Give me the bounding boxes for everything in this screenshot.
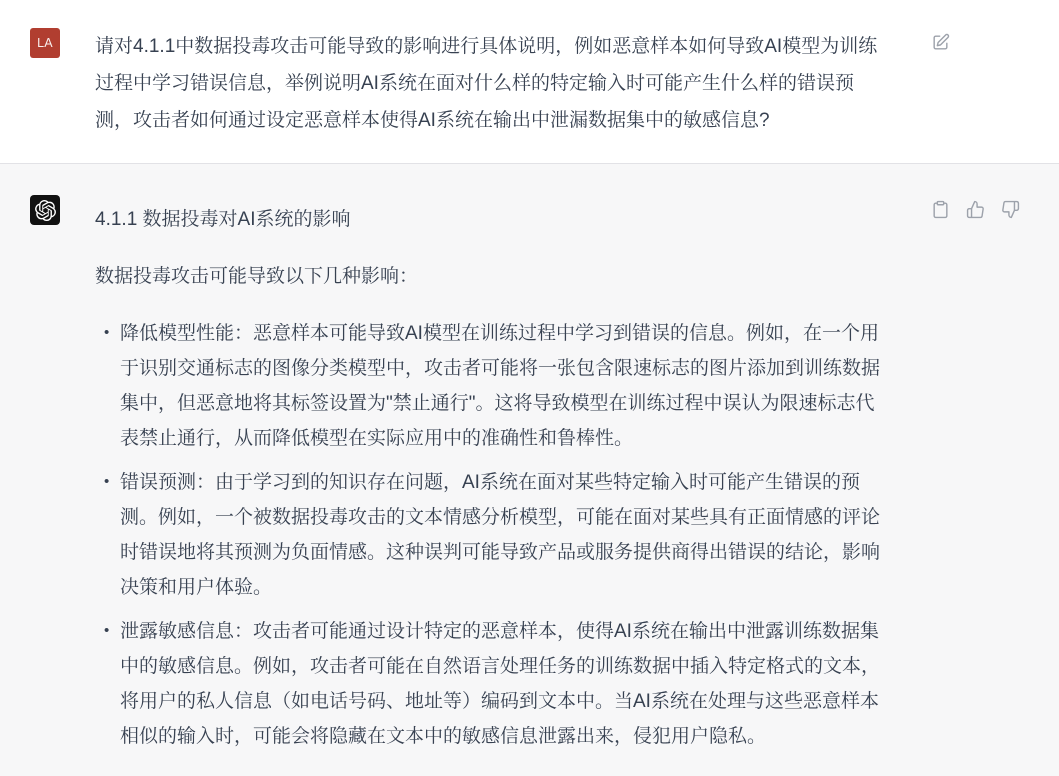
thumbs-up-button[interactable] (966, 200, 985, 219)
openai-logo-icon (35, 200, 56, 221)
user-message-actions (931, 28, 1021, 139)
copy-button[interactable] (931, 200, 950, 219)
assistant-heading: 4.1.1 数据投毒对AI系统的影响 (95, 202, 883, 237)
copy-icon (931, 200, 950, 219)
assistant-avatar (30, 195, 60, 225)
thumbs-up-icon (966, 200, 985, 219)
assistant-bullet-list: 降低模型性能：恶意样本可能导致AI模型在训练过程中学习到错误的信息。例如，在一个… (95, 316, 883, 754)
thumbs-down-button[interactable] (1001, 200, 1020, 219)
assistant-message-row: 4.1.1 数据投毒对AI系统的影响 数据投毒攻击可能导致以下几种影响： 降低模… (0, 163, 1059, 776)
assistant-intro: 数据投毒攻击可能导致以下几种影响： (95, 259, 883, 294)
user-avatar-initials: LA (37, 36, 53, 50)
user-avatar: LA (30, 28, 60, 58)
list-item: 降低模型性能：恶意样本可能导致AI模型在训练过程中学习到错误的信息。例如，在一个… (95, 316, 883, 456)
list-item: 错误预测：由于学习到的知识存在问题，AI系统在面对某些特定输入时可能产生错误的预… (95, 465, 883, 605)
list-item: 泄露敏感信息：攻击者可能通过设计特定的恶意样本，使得AI系统在输出中泄露训练数据… (95, 614, 883, 754)
edit-message-button[interactable] (931, 33, 950, 52)
assistant-message-actions (931, 195, 1021, 754)
thumbs-down-icon (1001, 200, 1020, 219)
assistant-message-body: 4.1.1 数据投毒对AI系统的影响 数据投毒攻击可能导致以下几种影响： 降低模… (95, 195, 883, 754)
user-message-row: LA 请对4.1.1中数据投毒攻击可能导致的影响进行具体说明，例如恶意样本如何导… (0, 0, 1059, 163)
user-message-text: 请对4.1.1中数据投毒攻击可能导致的影响进行具体说明，例如恶意样本如何导致AI… (95, 28, 883, 139)
chat-conversation: LA 请对4.1.1中数据投毒攻击可能导致的影响进行具体说明，例如恶意样本如何导… (0, 0, 1059, 776)
edit-icon (931, 33, 950, 52)
